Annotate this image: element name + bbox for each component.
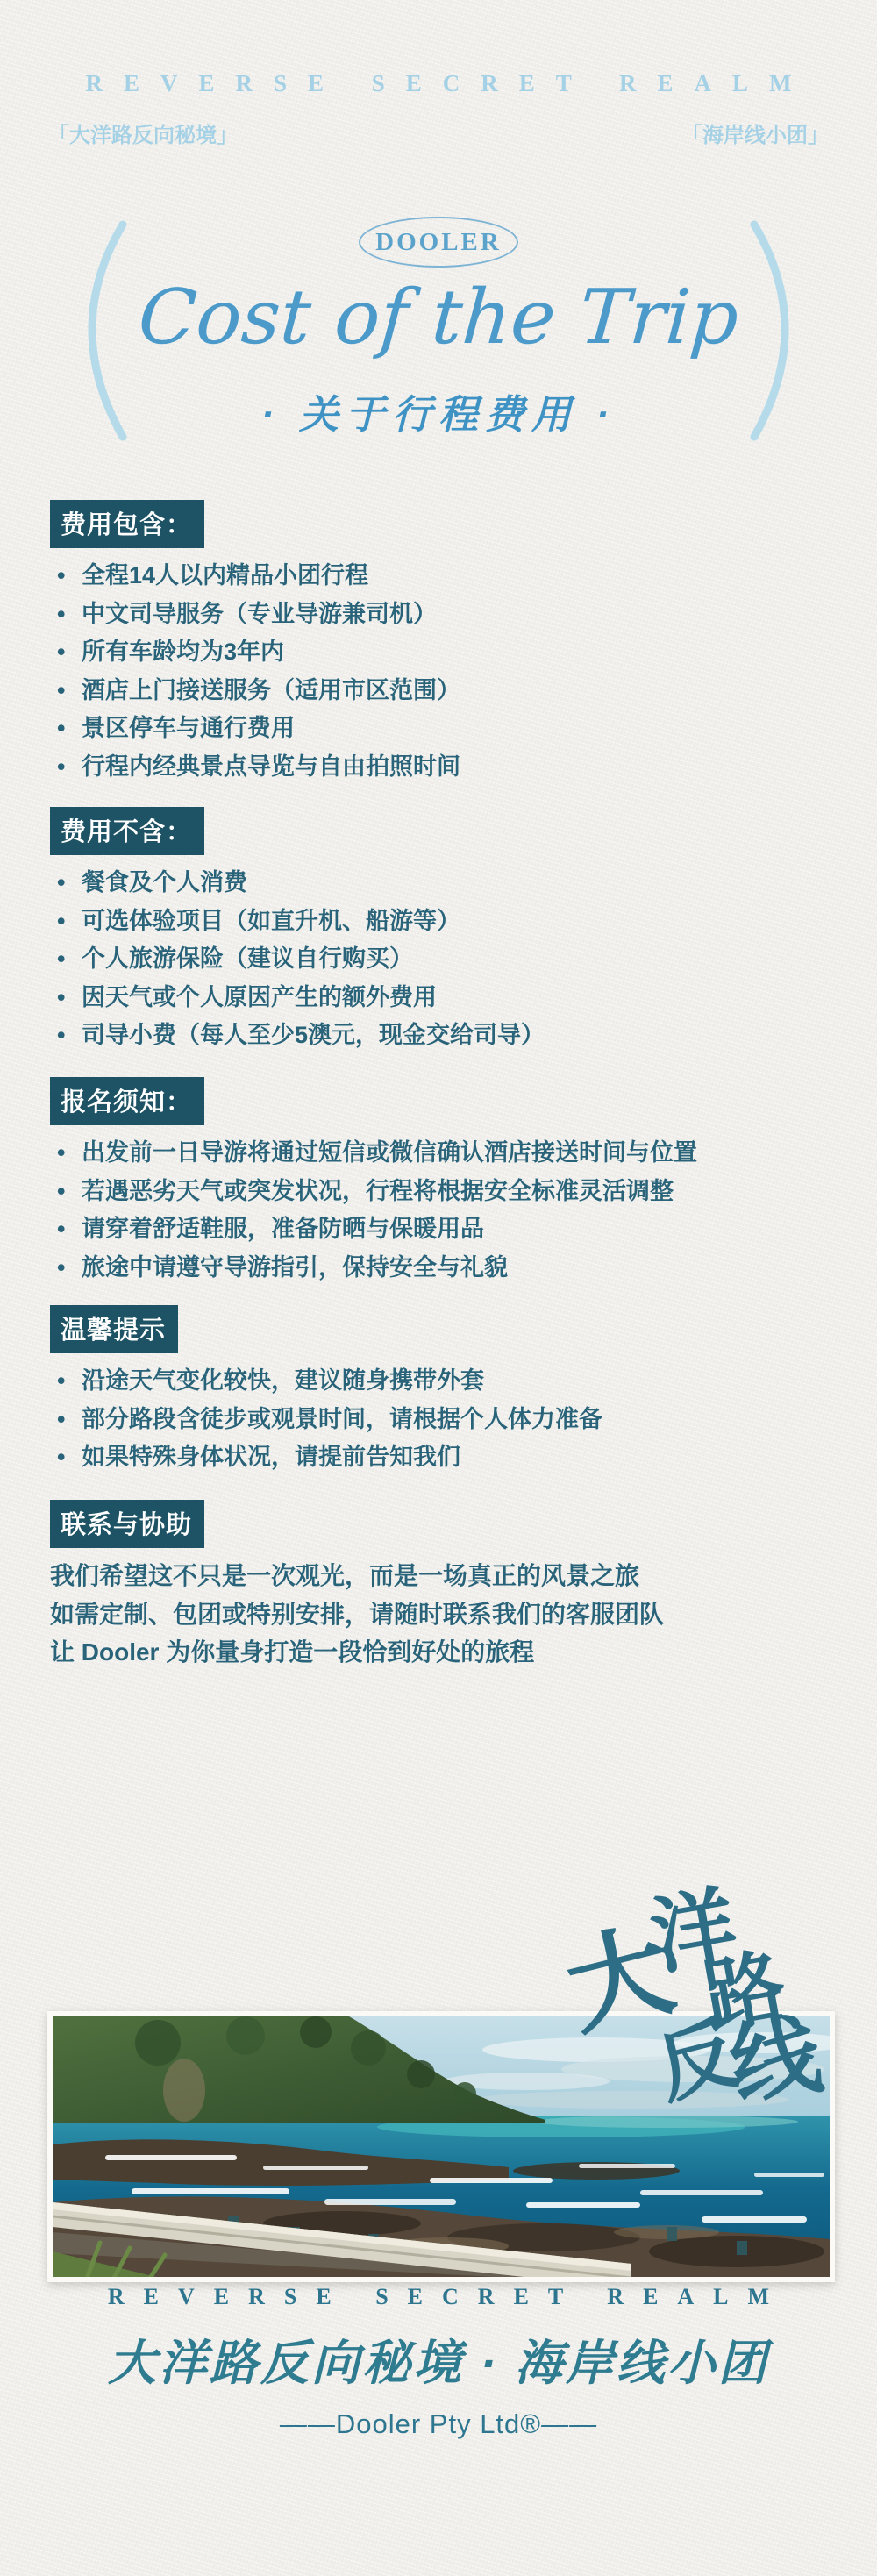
contact-line: 如需定制、包团或特别安排，请随时联系我们的客服团队: [50, 1595, 833, 1634]
list-item: 沿途天气变化较快，建议随身携带外套: [50, 1362, 833, 1401]
section-cost-includes: 费用包含： 全程14人以内精品小团行程 中文司导服务（专业导游兼司机） 所有车龄…: [50, 500, 833, 786]
list-item: 司导小费（每人至少5澳元，现金交给司导）: [50, 1017, 833, 1055]
list-item: 中文司导服务（专业导游兼司机）: [50, 596, 833, 634]
list-item: 可选体验项目（如直升机、船游等）: [50, 903, 833, 941]
list-item: 行程内经典景点导览与自由拍照时间: [50, 748, 833, 787]
list-item: 若遇恶劣天气或突发状况，行程将根据安全标准灵活调整: [50, 1173, 833, 1211]
list-item: 请穿着舒适鞋服，准备防晒与保暖用品: [50, 1210, 833, 1249]
list-item: 餐食及个人消费: [50, 864, 833, 903]
section-contact: 联系与协助 我们希望这不只是一次观光，而是一场真正的风景之旅 如需定制、包团或特…: [50, 1500, 833, 1672]
brand-badge: DOOLER: [359, 217, 518, 268]
footer-en-title: REVERSE SECRET REALM: [0, 2284, 877, 2310]
header-right-tag: 「海岸线小团」: [681, 118, 829, 148]
bullet-list: 全程14人以内精品小团行程 中文司导服务（专业导游兼司机） 所有车龄均为3年内 …: [50, 557, 833, 786]
header-en-title: REVERSE SECRET REALM: [0, 70, 877, 97]
poster-page: REVERSE SECRET REALM 「大洋路反向秘境」 「海岸线小团」 D…: [0, 0, 877, 2576]
list-item: 所有车龄均为3年内: [50, 633, 833, 672]
section-registration-notes: 报名须知： 出发前一日导游将通过短信或微信确认酒店接送时间与位置 若遇恶劣天气或…: [50, 1077, 833, 1287]
contact-paragraph: 我们希望这不只是一次观光，而是一场真正的风景之旅 如需定制、包团或特别安排，请随…: [50, 1557, 833, 1672]
section-cost-excludes: 费用不含： 餐食及个人消费 可选体验项目（如直升机、船游等） 个人旅游保险（建议…: [50, 807, 833, 1055]
contact-line: 让 Dooler 为你量身打造一段恰到好处的旅程: [50, 1633, 833, 1672]
contact-line: 我们希望这不只是一次观光，而是一场真正的风景之旅: [50, 1557, 833, 1595]
list-item: 出发前一日导游将通过短信或微信确认酒店接送时间与位置: [50, 1134, 833, 1173]
bullet-list: 沿途天气变化较快，建议随身携带外套 部分路段含徒步或观景时间，请根据个人体力准备…: [50, 1362, 833, 1477]
footer-company: ——Dooler Pty Ltd®——: [0, 2408, 877, 2440]
page-subtitle: · 关于行程费用 ·: [0, 382, 877, 439]
list-item: 因天气或个人原因产生的额外费用: [50, 979, 833, 1017]
header-tag-row: 「大洋路反向秘境」 「海岸线小团」: [48, 118, 829, 148]
list-item: 如果特殊身体状况，请提前告知我们: [50, 1438, 833, 1477]
list-item: 景区停车与通行费用: [50, 710, 833, 748]
section-badge: 费用包含：: [50, 500, 204, 548]
list-item: 旅途中请遵守导游指引，保持安全与礼貌: [50, 1249, 833, 1288]
section-badge: 联系与协助: [50, 1500, 204, 1548]
list-item: 部分路段含徒步或观景时间，请根据个人体力准备: [50, 1401, 833, 1439]
header-left-tag: 「大洋路反向秘境」: [48, 118, 238, 148]
bullet-list: 餐食及个人消费 可选体验项目（如直升机、船游等） 个人旅游保险（建议自行购买） …: [50, 864, 833, 1055]
brand-badge-label: DOOLER: [375, 228, 502, 257]
footer-zh-title: 大洋路反向秘境 · 海岸线小团: [0, 2324, 877, 2394]
section-badge: 温馨提示: [50, 1305, 178, 1353]
list-item: 个人旅游保险（建议自行购买）: [50, 940, 833, 979]
page-title: Cost of the Trip: [0, 274, 877, 361]
section-badge: 报名须知：: [50, 1077, 204, 1125]
list-item: 酒店上门接送服务（适用市区范围）: [50, 672, 833, 710]
bullet-list: 出发前一日导游将通过短信或微信确认酒店接送时间与位置 若遇恶劣天气或突发状况，行…: [50, 1134, 833, 1287]
list-item: 全程14人以内精品小团行程: [50, 557, 833, 596]
section-tips: 温馨提示 沿途天气变化较快，建议随身携带外套 部分路段含徒步或观景时间，请根据个…: [50, 1305, 833, 1477]
section-badge: 费用不含：: [50, 807, 204, 855]
